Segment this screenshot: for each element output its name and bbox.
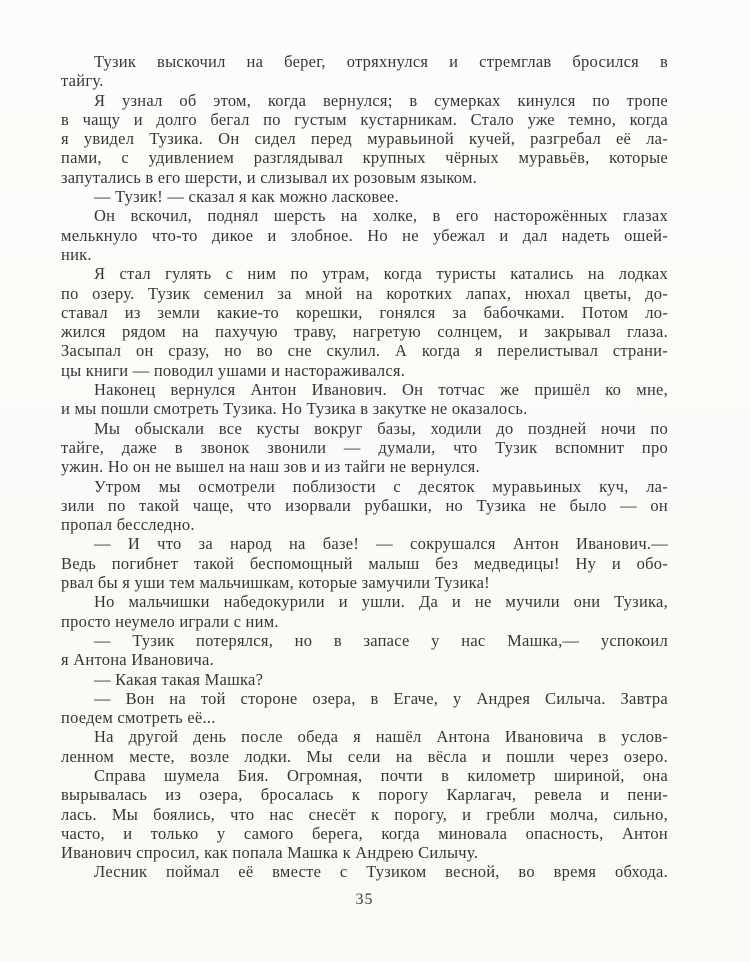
text-line: я увидел Тузика. Он сидел перед муравьин… xyxy=(61,129,668,148)
text-line: ник. xyxy=(61,245,668,264)
text-line: — Тузик! — сказал я как можно ласковее. xyxy=(61,187,668,206)
text-line: ленном месте, возле лодки. Мы сели на вё… xyxy=(61,747,668,766)
text-line: мелькнуло что-то дикое и злобное. Но не … xyxy=(61,226,668,245)
text-line: Лесник поймал её вместе с Тузиком весной… xyxy=(61,862,668,881)
text-line: Иванович спросил, как попала Машка к Анд… xyxy=(61,843,668,862)
text-line: ставал из земли какие-то корешки, гонялс… xyxy=(61,303,668,322)
text-line: рвал бы я уши тем мальчишкам, которые за… xyxy=(61,573,668,592)
text-line: в чащу и долго бегал по густым кустарник… xyxy=(61,110,668,129)
text-line: На другой день после обеда я нашёл Антон… xyxy=(61,727,668,746)
text-line: тайге, даже в звонок звонили — думали, ч… xyxy=(61,438,668,457)
text-line: Наконец вернулся Антон Иванович. Он тотч… xyxy=(61,380,668,399)
text-line: и мы пошли смотреть Тузика. Но Тузика в … xyxy=(61,399,668,418)
text-line: ужин. Но он не вышел на наш зов и из тай… xyxy=(61,457,668,476)
book-page: Тузик выскочил на берег, отряхнулся и ст… xyxy=(0,0,750,962)
text-line: часто, и только у самого берега, когда м… xyxy=(61,824,668,843)
text-line: Он вскочил, поднял шерсть на холке, в ег… xyxy=(61,206,668,225)
text-line: Я узнал об этом, когда вернулся; в сумер… xyxy=(61,91,668,110)
text-line: Тузик выскочил на берег, отряхнулся и ст… xyxy=(61,52,668,71)
text-line: — Какая такая Машка? xyxy=(61,670,668,689)
text-line: запутались в его шерсти, и слизывал их р… xyxy=(61,168,668,187)
text-line: цы книги — поводил ушами и настораживалс… xyxy=(61,361,668,380)
text-line: — Вон на той стороне озера, в Егаче, у А… xyxy=(61,689,668,708)
text-line: просто неумело играли с ним. xyxy=(61,612,668,631)
text-line: Но мальчишки набедокурили и ушли. Да и н… xyxy=(61,592,668,611)
text-line: вырывалась из озера, бросалась к порогу … xyxy=(61,785,668,804)
body-text: Тузик выскочил на берег, отряхнулся и ст… xyxy=(61,52,668,882)
text-line: — И что за народ на базе! — сокрушался А… xyxy=(61,534,668,553)
text-line: зили по такой чаще, что изорвали рубашки… xyxy=(61,496,668,515)
text-line: пропал бесследно. xyxy=(61,515,668,534)
page-number: 35 xyxy=(61,891,668,909)
text-line: я Антона Ивановича. xyxy=(61,650,668,669)
text-line: Ведь погибнет такой беспомощный малыш бе… xyxy=(61,554,668,573)
text-line: Утром мы осмотрели поблизости с десяток … xyxy=(61,477,668,496)
text-line: Засыпал он сразу, но во сне скулил. А ко… xyxy=(61,341,668,360)
text-line: Справа шумела Бия. Огромная, почти в кил… xyxy=(61,766,668,785)
text-line: пами, с удивлением разглядывал крупных ч… xyxy=(61,148,668,167)
text-line: по озеру. Тузик семенил за мной на корот… xyxy=(61,284,668,303)
text-line: — Тузик потерялся, но в запасе у нас Маш… xyxy=(61,631,668,650)
text-line: тайгу. xyxy=(61,71,668,90)
text-line: поедем смотреть её... xyxy=(61,708,668,727)
text-line: жился рядом на пахучую траву, нагретую с… xyxy=(61,322,668,341)
text-line: Я стал гулять с ним по утрам, когда тури… xyxy=(61,264,668,283)
text-line: лась. Мы боялись, что нас снесёт к порог… xyxy=(61,805,668,824)
text-line: Мы обыскали все кусты вокруг базы, ходил… xyxy=(61,419,668,438)
